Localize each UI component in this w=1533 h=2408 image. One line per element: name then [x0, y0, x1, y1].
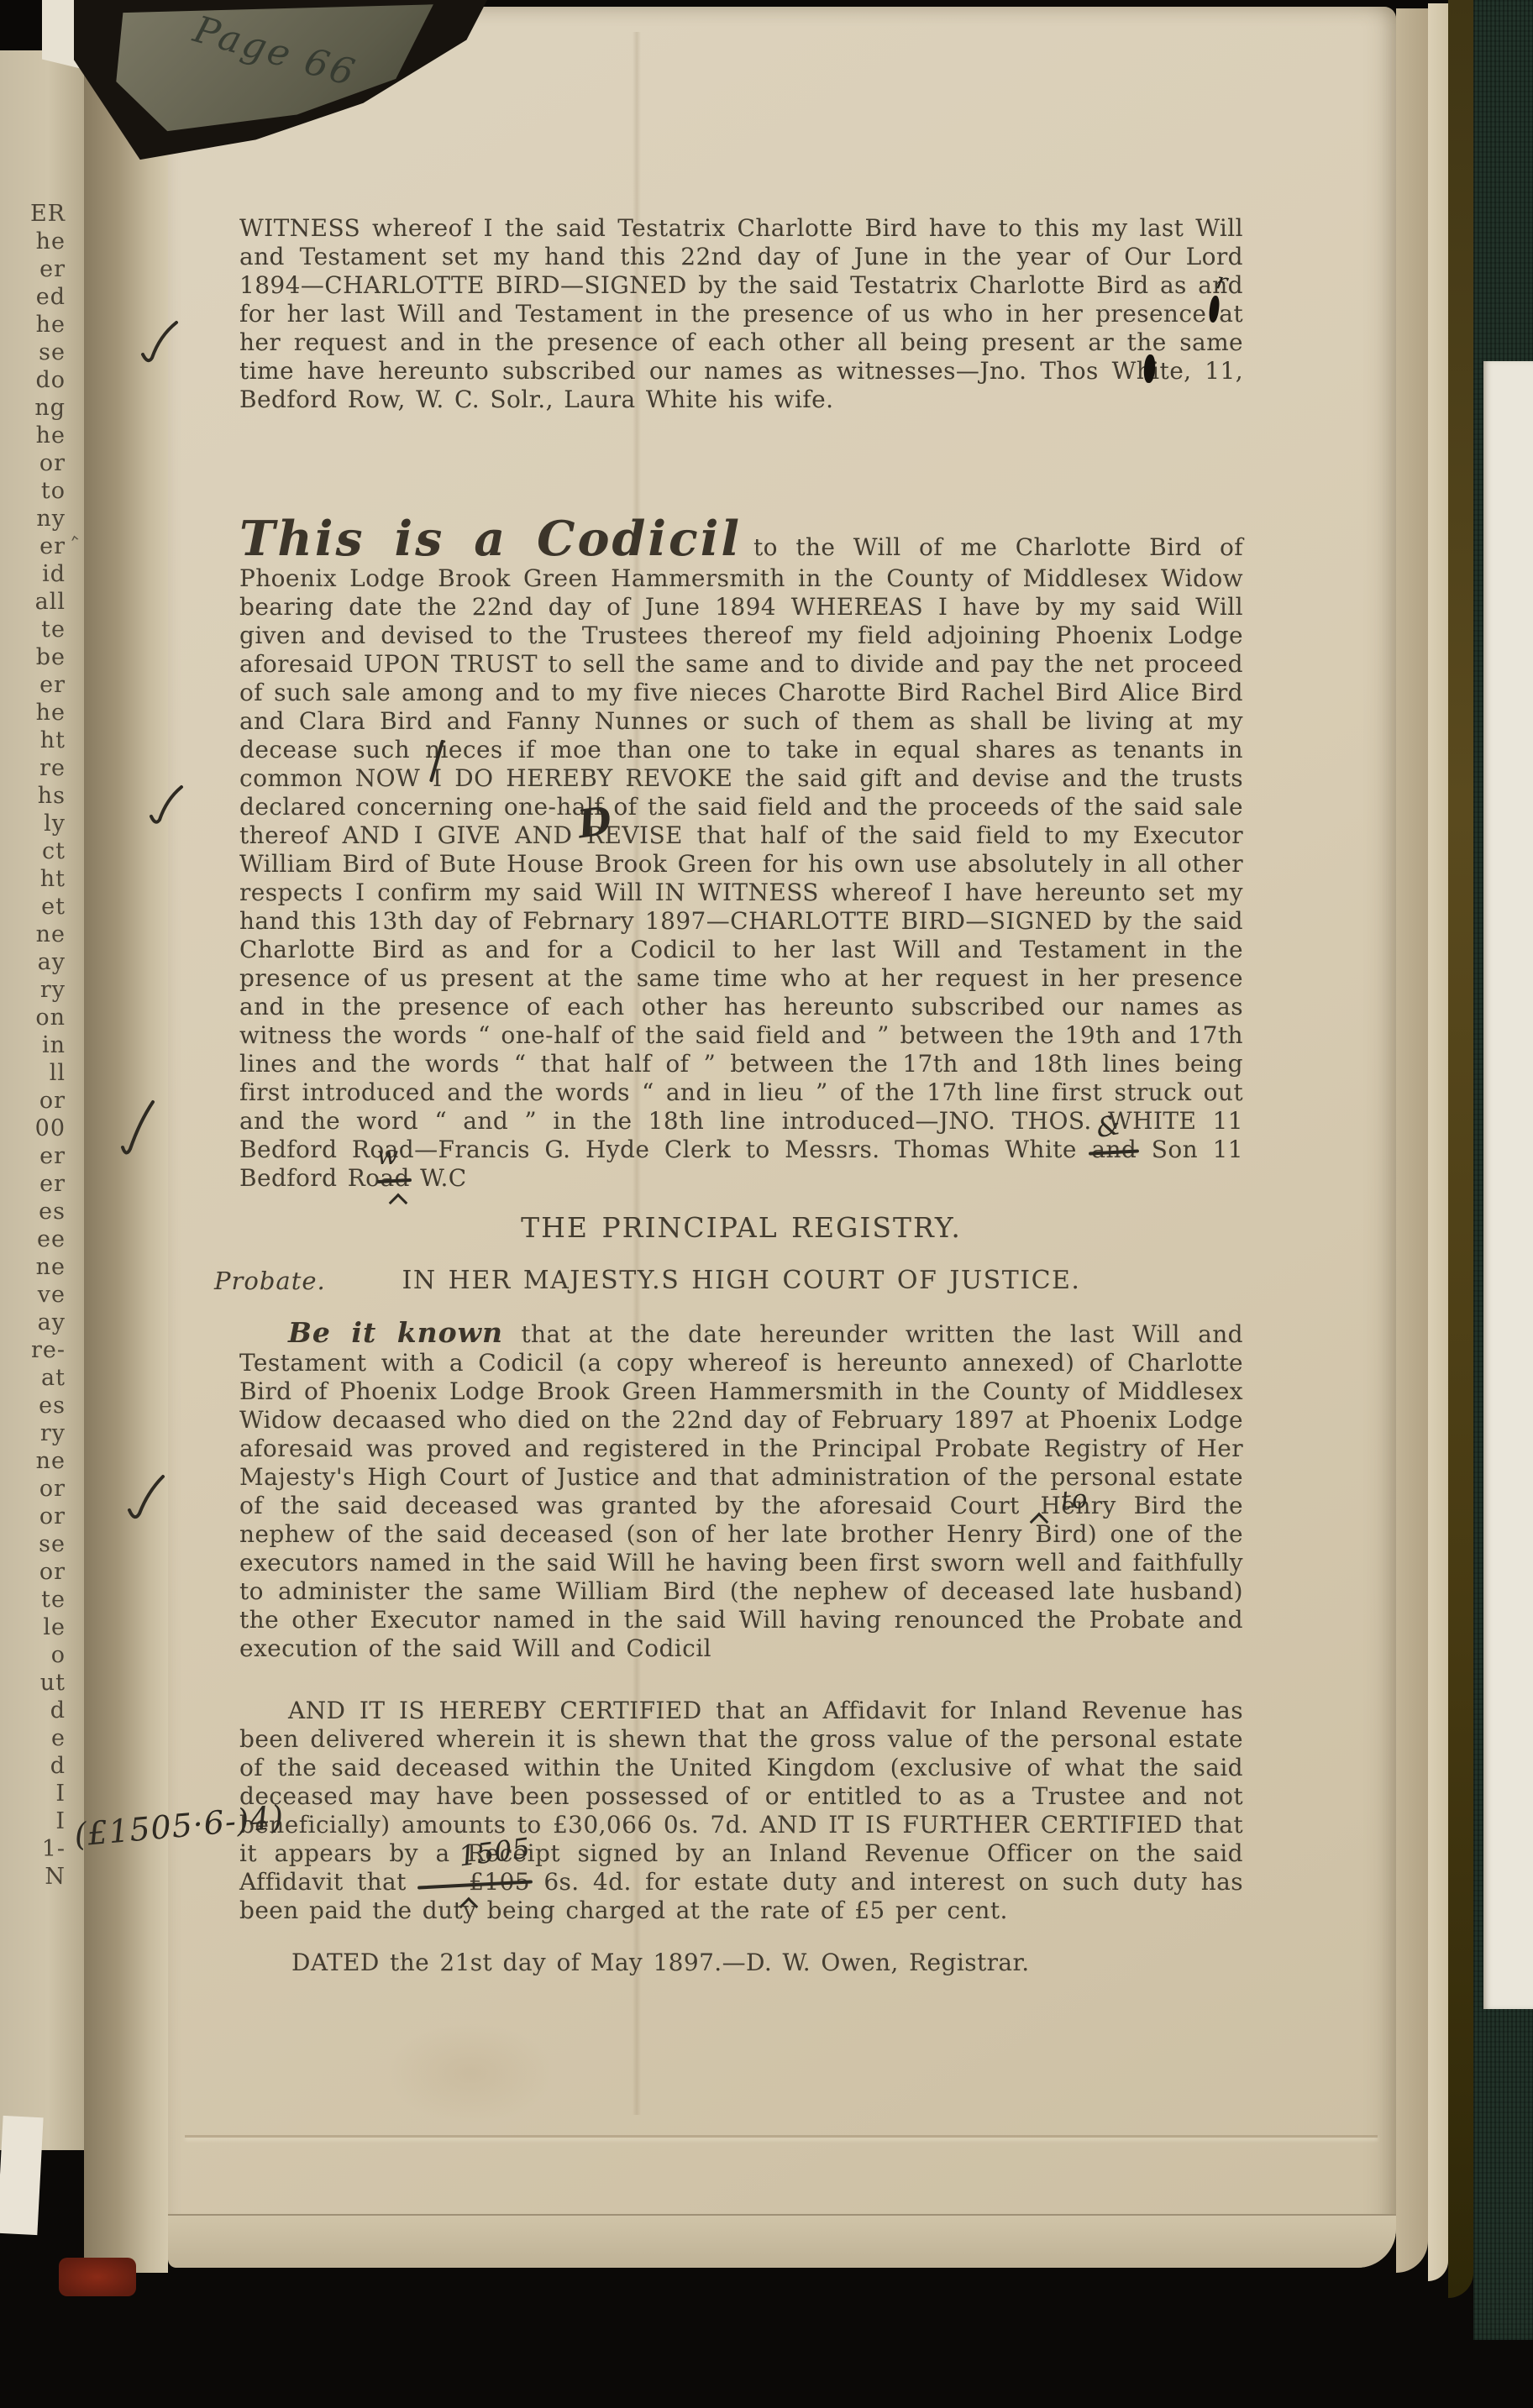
- struck-word-and: and&: [1091, 1136, 1137, 1164]
- edge-text-fragment: ay: [0, 948, 66, 976]
- edge-text-fragment: 1-: [0, 1835, 66, 1863]
- edge-text-fragment: ny: [0, 505, 66, 532]
- edge-text-fragment: ne: [0, 1253, 66, 1281]
- edge-text-fragment: he: [0, 311, 66, 338]
- grant-paragraph: Be it known that at the date hereunder w…: [239, 1319, 1243, 1663]
- edge-text-fragment: ct: [0, 837, 66, 865]
- edge-text-fragment: le: [0, 1613, 66, 1641]
- edge-text-fragment: ne: [0, 1447, 66, 1475]
- edge-text-fragment: I: [0, 1807, 66, 1835]
- white-card: [1483, 361, 1533, 2009]
- revise-word-overwritten: REVISED: [586, 821, 683, 850]
- codicil-text: to the Will of me Charlotte Bird of Phoe…: [239, 533, 1243, 849]
- codicil-paragraph: This is a Codicilto the Will of me Charl…: [239, 514, 1243, 1193]
- certificate-paragraph: AND IT IS HEREBY CERTIFIED that an Affid…: [239, 1697, 1243, 1925]
- edge-text-fragment: er: [0, 532, 66, 560]
- edge-text-fragment: te: [0, 1586, 66, 1613]
- page-sliver-bottom-left: [0, 2116, 44, 2235]
- edge-text-fragment: er: [0, 671, 66, 699]
- edge-text-fragment: d: [0, 1752, 66, 1780]
- probate-row: Probate.IN HER MAJESTY.S HIGH COURT OF J…: [239, 1267, 1243, 1300]
- worn-olive-strip: [1448, 0, 1473, 2298]
- edge-text-fragment: o: [0, 1641, 66, 1669]
- edge-text-fragment: ut: [0, 1669, 66, 1697]
- edge-text-fragment: ne: [0, 921, 66, 948]
- edge-text-fragment: 00: [0, 1115, 66, 1142]
- edge-text-fragment: ay: [0, 1309, 66, 1336]
- edge-text-fragment: er: [0, 1170, 66, 1198]
- edge-text-fragment: ry: [0, 976, 66, 1004]
- dated-line: DATED the 21st day of May 1897.—D. W. Ow…: [239, 1949, 1295, 1977]
- edge-text-fragment: he: [0, 699, 66, 727]
- edge-text-fragment: id: [0, 560, 66, 588]
- edge-text-fragment: I: [0, 1780, 66, 1807]
- printed-amount-105: £105: [469, 1868, 530, 1896]
- struck-amount: £1051505: [420, 1868, 530, 1896]
- edge-text-fragment: e: [0, 1724, 66, 1752]
- edge-text-fragment: N: [0, 1863, 66, 1891]
- edge-text-fragment: ee: [0, 1225, 66, 1253]
- edge-text-fragment: er: [0, 255, 66, 283]
- text-column: WITNESS whereof I the said Testatrix Cha…: [239, 7, 1243, 2268]
- handwritten-w-correction: w: [376, 1142, 398, 1171]
- edge-text-fragment: ER: [0, 200, 66, 228]
- edge-text-fragment: or: [0, 1503, 66, 1530]
- handwritten-d-correction: D: [576, 805, 614, 838]
- red-ribbon-spot: [59, 2258, 136, 2296]
- edge-text-fragment: ht: [0, 727, 66, 754]
- edge-text-fragment: hs: [0, 782, 66, 810]
- edge-text-fragment: er: [0, 1142, 66, 1170]
- edge-text-fragment: do: [0, 366, 66, 394]
- edge-text-fragment: he: [0, 422, 66, 449]
- edge-text-fragment: es: [0, 1198, 66, 1225]
- handwritten-ampersand-correction: &: [1095, 1110, 1123, 1143]
- edge-text-fragment: es: [0, 1392, 66, 1419]
- tick-mark-icon: [119, 1097, 156, 1161]
- probate-label: Probate.: [214, 1267, 326, 1295]
- codicil-text: W.C: [410, 1164, 467, 1192]
- edge-text-fragment: or: [0, 449, 66, 477]
- edge-text-fragment: se: [0, 1530, 66, 1558]
- court-line: IN HER MAJESTY.S HIGH COURT OF JUSTICE.: [239, 1267, 1243, 1295]
- edge-text-fragment: se: [0, 338, 66, 366]
- edge-text-fragment: ry: [0, 1419, 66, 1447]
- attestation-paragraph: WITNESS whereof I the said Testatrix Cha…: [239, 214, 1243, 414]
- edge-text-fragment: be: [0, 643, 66, 671]
- edge-text-fragment: re-: [0, 1336, 66, 1364]
- edge-text-fragment: in: [0, 1031, 66, 1059]
- page-block-edge-light: [1428, 3, 1448, 2281]
- edge-text-fragment: on: [0, 1004, 66, 1031]
- edge-text-fragment: et: [0, 893, 66, 921]
- edge-text-fragment: or: [0, 1558, 66, 1586]
- edge-text-fragment: ll: [0, 1059, 66, 1087]
- edge-text-fragment: ve: [0, 1281, 66, 1309]
- edge-text-fragment: te: [0, 616, 66, 643]
- grant-text: that at the date hereunder written the l…: [239, 1320, 1243, 1519]
- struck-letters-ad: adw: [380, 1164, 409, 1193]
- edge-text-fragment: ed: [0, 283, 66, 311]
- page-block-edge: [1396, 8, 1428, 2273]
- registry-heading: THE PRINCIPAL REGISTRY.: [239, 1214, 1243, 1242]
- edge-text-fragment: ng: [0, 394, 66, 422]
- edge-text-fragment: ly: [0, 810, 66, 837]
- handwritten-page-number: Page 66: [189, 8, 361, 96]
- certificate-text: AND IT IS HEREBY CERTIFIED that an Affid…: [239, 1697, 1243, 1896]
- tick-mark-icon: [124, 1472, 166, 1527]
- codicil-heading: This is a Codicil: [239, 511, 753, 567]
- be-it-known-lead: Be it known: [288, 1316, 503, 1349]
- tick-mark-icon: [139, 317, 180, 371]
- codicil-text: that half of the said field to my Execut…: [239, 821, 1243, 1163]
- edge-text-fragment: ht: [0, 865, 66, 893]
- edge-text-fragment: or: [0, 1475, 66, 1503]
- document-page: WITNESS whereof I the said Testatrix Cha…: [168, 7, 1396, 2268]
- edge-text-fragment: d: [0, 1697, 66, 1724]
- edge-text-fragment: to: [0, 477, 66, 505]
- edge-text-fragment: all: [0, 588, 66, 616]
- edge-fragments: ERheeredhesedongheortonyeridalltebeerheh…: [0, 50, 87, 1891]
- edge-text-fragment: or: [0, 1087, 66, 1115]
- tick-mark-icon: [148, 783, 185, 832]
- edge-text-fragment: re: [0, 754, 66, 782]
- edge-text-fragment: at: [0, 1364, 66, 1392]
- edge-text-fragment: he: [0, 228, 66, 255]
